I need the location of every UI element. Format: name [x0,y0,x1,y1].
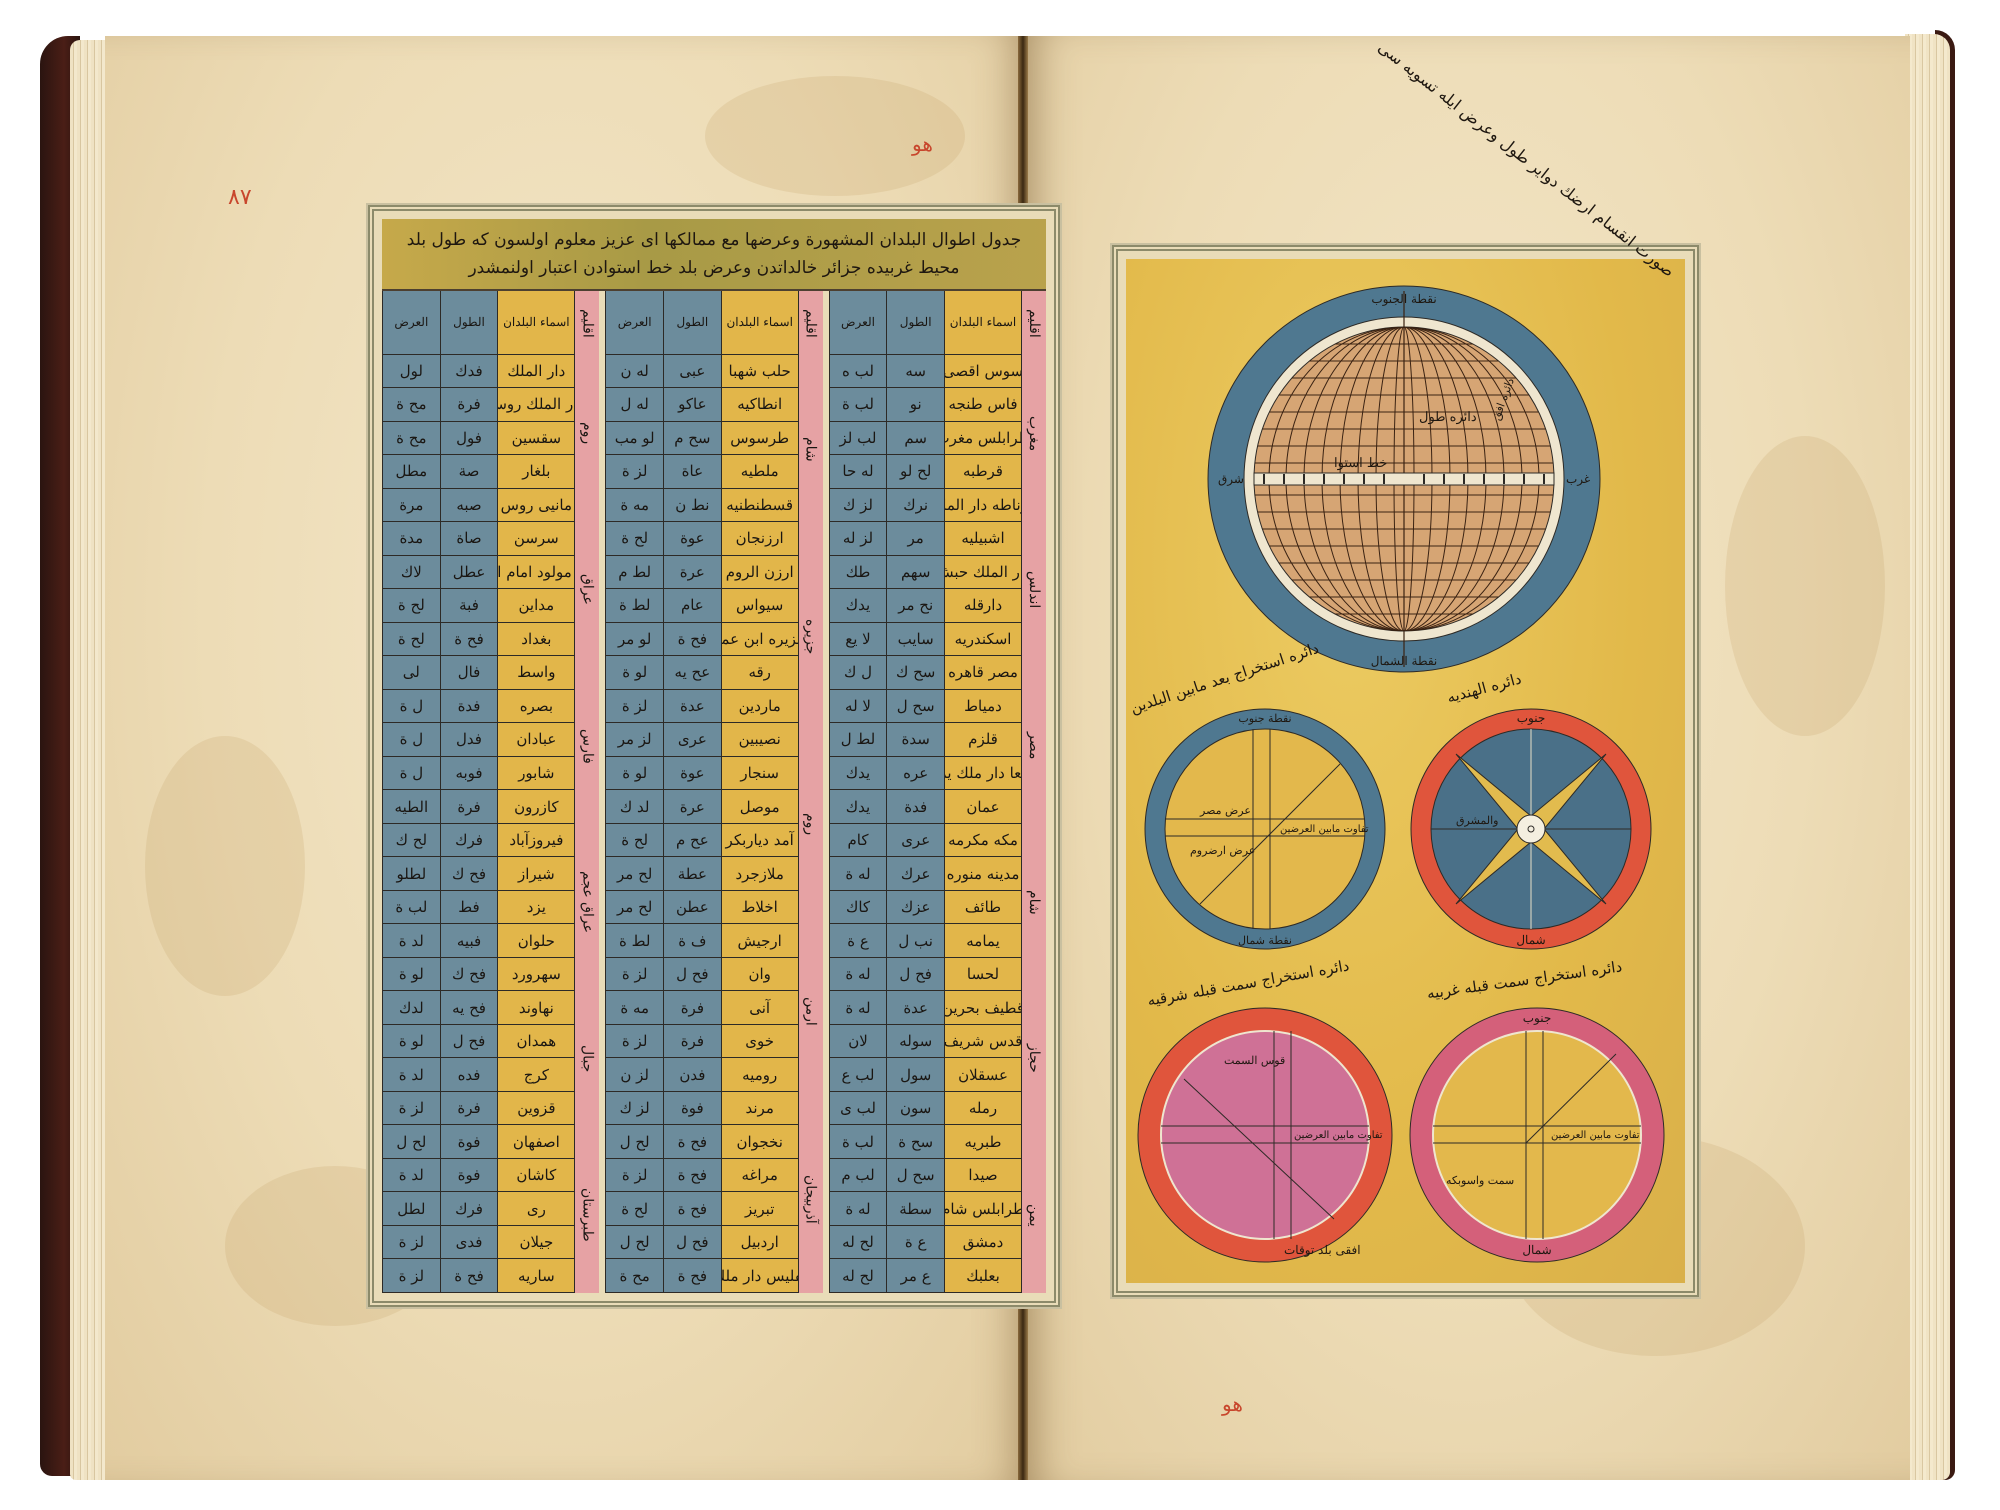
table-cell: طرسوس [722,422,798,456]
table-cell: ع مر [887,1259,944,1293]
table-cell: مرند [722,1092,798,1126]
table-cell: فح ة [441,1259,498,1293]
table-cell: ل ك [830,656,887,690]
table-cell: طائف [945,891,1021,925]
table-cell: بعلبك [945,1259,1021,1293]
table-cell: لح مر [606,891,663,925]
table-cell: شیراز [498,857,574,891]
table-cell: دمیاط [945,690,1021,724]
table-cell: ماردین [722,690,798,724]
table-cell: لح ل [606,1125,663,1159]
table-cell: لز ة [383,1092,440,1126]
table-cell: عرك [887,857,944,891]
table-cell: مه ة [606,489,663,523]
city-name-column: اسماء البلداندار الملكدار الملك روسسقسین… [497,291,574,1293]
table-cell: طرابلس مغرب [945,422,1021,456]
region-label: مغرب [1022,355,1046,511]
distance-label-south: نقطة جنوب [1238,712,1291,725]
table-cell: لط ل [830,723,887,757]
table-cell: سطة [887,1192,944,1226]
table-cell: انطاکیه [722,388,798,422]
table-cell: ع ة [887,1226,944,1260]
qibla-east-ring-label: افقی بلد توقات [1284,1243,1361,1257]
table-cell: لح له [830,1259,887,1293]
table-cell: ل ة [383,757,440,791]
table-cell: صاة [441,522,498,556]
region-column: اقلیممغرباندلسمصرشامحجازیمن [1021,291,1046,1293]
table-cell: جیلان [498,1226,574,1260]
table-cell: لح ة [606,824,663,858]
table-cell: قزوین [498,1092,574,1126]
table-cell: سرسن [498,522,574,556]
table-cell: لد ة [383,1159,440,1193]
table-cell: فرك [441,1192,498,1226]
table-cell: سوله [887,1025,944,1059]
city-name-column: اسماء البلدانسوس اقصیفاس طنجهطرابلس مغرب… [944,291,1021,1293]
table-cell: نب ل [887,924,944,958]
table-cell: لح ة [383,589,440,623]
globe-label-meridian: دائره طول [1419,410,1477,425]
table-cell: لب م [830,1159,887,1193]
qibla-east-circle-diagram: تفاوت مابین العرضین قوس السمت افقی بلد ت… [1134,1004,1396,1266]
table-cell: نهاوند [498,991,574,1025]
table-cell: فده [441,1058,498,1092]
table-cell: اردبیل [722,1226,798,1260]
table-cell: سون [887,1092,944,1126]
table-cell: نو [887,388,944,422]
table-cell: فوة [441,1125,498,1159]
table-cell: عسقلان [945,1058,1021,1092]
table-cell: عزك [887,891,944,925]
table-cell: ارزنجان [722,522,798,556]
table-cell: فح ة [664,1159,721,1193]
region-label: حجاز [1022,980,1046,1136]
table-cell: لد ة [383,924,440,958]
table-cell: لز مر [606,723,663,757]
table-cell: جزیره ابن عمر [722,623,798,657]
table-cell: اخلاط [722,891,798,925]
table-cell: لح ة [383,623,440,657]
qibla-east-inner-label: قوس السمت [1224,1054,1285,1067]
table-cell: نصیبین [722,723,798,757]
table-cell: لز ة [606,455,663,489]
table-cell: رقه [722,656,798,690]
table-cell: لز ة [606,958,663,992]
column-header: الطول [664,291,721,355]
column-header: اقلیم [575,291,599,355]
table-title-line-1: جدول اطوال البلدان المشهورة وعرضها مع مم… [407,226,1021,254]
indian-circle-diagram: جنوب شمال والمشرق [1406,704,1656,954]
table-cell: كاك [830,891,887,925]
indian-label-south: جنوب [1517,711,1546,725]
column-header: اقلیم [799,291,823,355]
table-cell: له حا [830,455,887,489]
table-cell: شابور [498,757,574,791]
table-cell: فط [441,891,498,925]
table-cell: بلغار [498,455,574,489]
table-cell: واسط [498,656,574,690]
table-cell: فرة [441,790,498,824]
table-cell: عطن [664,891,721,925]
table-cell: عری [664,723,721,757]
table-cell: فح ل [441,1025,498,1059]
table-cell: له ة [830,991,887,1025]
table-cell: ری [498,1192,574,1226]
longitude-column: الطولفدكفرةفولصةصبهصاةعطلفبةفح ةفالفدةفد… [440,291,498,1293]
table-cell: عطة [664,857,721,891]
table-cell: فرة [664,991,721,1025]
table-cell: بغداد [498,623,574,657]
table-cell: مرة [383,489,440,523]
table-cell: دار الملك [498,355,574,389]
region-label: شام [799,355,823,543]
column-header: العرض [830,291,887,355]
table-cell: فال [441,656,498,690]
table-cell: فدة [441,690,498,724]
table-cell: فح ة [441,623,498,657]
table-cell: له ة [830,857,887,891]
table-cell: سول [887,1058,944,1092]
globe-label-east: شرق [1218,472,1244,486]
table-cell: فرة [441,1092,498,1126]
table-cell: فح یه [441,991,498,1025]
table-cell: دار الملك حبش [945,556,1021,590]
table-title-line-2: محیط غربیده جزائر خالداتدن وعرض بلد خط ا… [468,254,959,282]
table-cell: یدك [830,757,887,791]
table-cell: فاس طنجه [945,388,1021,422]
table-cell: عدة [664,690,721,724]
table-cell: لب ع [830,1058,887,1092]
table-cell: طبریه [945,1125,1021,1159]
table-cell: سهرورد [498,958,574,992]
table-cell: صة [441,455,498,489]
table-cell: مح ة [383,422,440,456]
table-cell: ع ة [830,924,887,958]
table-cell: فوة [664,1092,721,1126]
table-cell: فرك [441,824,498,858]
table-cell: لد ة [383,1058,440,1092]
table-cell: سایب [887,623,944,657]
globe-label-equator: خط استوا [1334,456,1387,471]
table-cell: عام [664,589,721,623]
region-label: فارس [575,668,599,824]
table-cell: مدینه منوره [945,857,1021,891]
table-cell: تبریز [722,1192,798,1226]
table-cell: لح ة [606,1192,663,1226]
distance-inner-label: تفاوت مابین العرضین [1280,824,1369,835]
region-label: آذربیجان [799,1105,823,1293]
table-cell: لط م [606,556,663,590]
table-cell: سقسین [498,422,574,456]
table-cell: سیواس [722,589,798,623]
table-cell: کازرون [498,790,574,824]
table-cell: ارجیش [722,924,798,958]
table-cell: رمله [945,1092,1021,1126]
table-cell: خوی [722,1025,798,1059]
table-cell: سح ة [887,1125,944,1159]
page-edges-left [70,40,110,1480]
table-cell: عاکو [664,388,721,422]
table-cell: مدة [383,522,440,556]
table-cell: طرابلس شام [945,1192,1021,1226]
table-cell: سح ك [887,656,944,690]
table-cell: یدك [830,589,887,623]
table-cell: مداین [498,589,574,623]
table-cell: مح ة [606,1259,663,1293]
table-cell: فبة [441,589,498,623]
table-cell: لب ة [830,388,887,422]
table-cell: ل ة [383,690,440,724]
column-header: العرض [383,291,440,355]
longitude-column: الطولسهنوسملح لونركمرسهمنح مرسایبسح كسح … [886,291,944,1293]
table-cell: کرج [498,1058,574,1092]
table-cell: قرطبه [945,455,1021,489]
region-column: اقلیمرومعراقفارسعراق عجمجبالطبرستان [574,291,599,1293]
table-cell: لحسا [945,958,1021,992]
table-cell: عوة [664,757,721,791]
table-cell: سهم [887,556,944,590]
table-cell: فح ة [664,1125,721,1159]
latitude-column: العرضلولمح ةمح ةمطلمرةمدةلاكلح ةلح ةلیل … [382,291,440,1293]
table-cell: لا یع [830,623,887,657]
region-label: یمن [1022,1137,1046,1293]
table-cell: الطیه [383,790,440,824]
table-cell: لح ل [606,1226,663,1260]
table-cell: لز ة [383,1259,440,1293]
table-cell: فح ة [664,1192,721,1226]
table-cell: لح ل [383,1125,440,1159]
caption-qibla-west: دائره استخراج سمت قبله غربیه [1426,957,1623,1002]
table-cell: فدن [664,1058,721,1092]
folio-number: ٨٧ [228,185,252,210]
table-cell: سنجار [722,757,798,791]
table-cell: لو مب [606,422,663,456]
table-cell: عطل [441,556,498,590]
distance-label-north: نقطة شمال [1238,934,1292,947]
table-cell: فح ة [664,623,721,657]
table-cell: فرة [441,388,498,422]
latitude-column: العرضله نله للو مبلز ةمه ةلح ةلط ملط ةلو… [605,291,663,1293]
table-cell: نط ن [664,489,721,523]
table-cell: لز ك [830,489,887,523]
catchword-mark-right: هو [1222,1392,1243,1416]
qibla-west-circle-diagram: جنوب شمال تفاوت مابین العرضین سمت واسوبک… [1406,1004,1668,1266]
table-cell: عاة [664,455,721,489]
table-cell: ارزن الروم [722,556,798,590]
table-cell: لی [383,656,440,690]
table-cell: لو ة [606,656,663,690]
table-cell: رومیه [722,1058,798,1092]
table-cell: لب ی [830,1092,887,1126]
table-cell: لز ة [606,1025,663,1059]
table-cell: آنی [722,991,798,1025]
column-header: اقلیم [1022,291,1046,355]
table-cell: لطل [383,1192,440,1226]
table-cell: لح له [830,1226,887,1260]
table-cell: لط ة [606,589,663,623]
table-cell: نح مر [887,589,944,623]
table-cell: له ل [606,388,663,422]
table-cell: مصر قاهره [945,656,1021,690]
region-label: روم [575,355,599,511]
table-cell: نرك [887,489,944,523]
region-label: عراق عجم [575,824,599,980]
table-cell: اسکندریه [945,623,1021,657]
table-cell: عدة [887,991,944,1025]
table-cell: ملازجرد [722,857,798,891]
table-cell: کوفه مولود امام اعظم [498,556,574,590]
distance-inner-label: عرض ارضروم [1190,844,1255,857]
table-cell: فدی [441,1226,498,1260]
table-cell: حلب شهبا [722,355,798,389]
table-cell: فوبه [441,757,498,791]
table-cell: فدل [441,723,498,757]
table-cell: مه ة [606,991,663,1025]
table-cell: لز ن [606,1058,663,1092]
table-cell: مراغه [722,1159,798,1193]
table-cell: فول [441,422,498,456]
table-cell: اشبیلیه [945,522,1021,556]
table-cell: لح مر [606,857,663,891]
table-cell: لب ة [383,891,440,925]
table-grid: اقلیممغرباندلسمصرشامحجازیمناسماء البلدان… [382,291,1046,1293]
table-cell: لح لو [887,455,944,489]
table-cell: لول [383,355,440,389]
table-cell: عرة [664,790,721,824]
table-cell: لا له [830,690,887,724]
region-label: مصر [1022,668,1046,824]
table-cell: عره [887,757,944,791]
table-cell: صنعا دار ملك یمن [945,757,1021,791]
table-cell: لدك [383,991,440,1025]
table-cell: سح ل [887,1159,944,1193]
column-header: الطول [887,291,944,355]
table-cell: لب لز [830,422,887,456]
region-column: اقلیمشامجزیرهرومارمنآذربیجان [798,291,823,1293]
table-cell: له ة [830,1192,887,1226]
column-header: العرض [606,291,663,355]
table-cell: لب ه [830,355,887,389]
region-label: جزیره [799,543,823,731]
table-cell: لح ك [383,824,440,858]
table-column-group: اقلیممغرباندلسمصرشامحجازیمناسماء البلدان… [829,291,1046,1293]
table-cell: سح م [664,422,721,456]
table-cell: عمان [945,790,1021,824]
table-cell: فح ة [664,1259,721,1293]
table-cell: فدة [887,790,944,824]
column-header: الطول [441,291,498,355]
column-header: اسماء البلدان [945,291,1021,355]
table-cell: لح ة [606,522,663,556]
table-cell: قدس شریف [945,1025,1021,1059]
region-label: شام [1022,824,1046,980]
catchword-mark-left: هو [912,132,933,156]
table-cell: لط ة [606,924,663,958]
table-cell: آمد دیاربکر [722,824,798,858]
table-cell: عری [887,824,944,858]
table-cell: یدك [830,790,887,824]
table-cell: لاك [383,556,440,590]
globe-label-south-pole: نقطة الجنوب [1371,292,1436,306]
table-column-group: اقلیمرومعراقفارسعراق عجمجبالطبرستاناسماء… [382,291,599,1293]
column-header: اسماء البلدان [722,291,798,355]
globe-diagram: نقطة الجنوب نقطة الشمال شرق غرب خط استوا… [1204,281,1604,676]
table-cell: سوس اقصی [945,355,1021,389]
table-cell: فیروزآباد [498,824,574,858]
table-cell: سح ل [887,690,944,724]
globe-label-north-pole: نقطة الشمال [1371,654,1438,668]
table-cell: لز ة [606,1159,663,1193]
table-column-group: اقلیمشامجزیرهرومارمنآذربیجاناسماء البلدا… [605,291,822,1293]
astronomical-diagrams-panel: صورت انقسام ارضك دوایر طول وعرض ایله تسو… [1112,245,1699,1297]
table-cell: کام [830,824,887,858]
region-label: طبرستان [575,1137,599,1293]
table-cell: سه [887,355,944,389]
table-cell: لز ك [606,1092,663,1126]
table-cell: لد ك [606,790,663,824]
qibla-east-inner-label: تفاوت مابین العرضین [1294,1130,1383,1141]
table-cell: لز له [830,522,887,556]
table-cell: وان [722,958,798,992]
qibla-west-label-south: جنوب [1523,1011,1552,1025]
distance-circle-diagram: نقطة جنوب نقطة شمال عرض مصر عرض ارضروم ت… [1140,704,1390,954]
column-header: اسماء البلدان [498,291,574,355]
table-cell: لو ة [383,958,440,992]
table-cell: بصره [498,690,574,724]
table-cell: نخجوان [722,1125,798,1159]
table-cell: عبی [664,355,721,389]
table-cell: فح ك [441,958,498,992]
table-cell: عح م [664,824,721,858]
table-cell: فح ك [441,857,498,891]
table-cell: لطلو [383,857,440,891]
table-cell: صبه [441,489,498,523]
table-cell: قسطنطنیه [722,489,798,523]
table-cell: ف ة [664,924,721,958]
table-cell: مر [887,522,944,556]
table-cell: غرناطه دار الملك [945,489,1021,523]
table-cell: له ة [830,958,887,992]
qibla-west-inner-label: سمت واسوبکه [1446,1174,1514,1187]
table-cell: تفلیس دار ملك [722,1259,798,1293]
table-cell: فح ل [887,958,944,992]
table-cell: اصفهان [498,1125,574,1159]
table-cell: دمشق [945,1226,1021,1260]
table-cell: فبیه [441,924,498,958]
table-cell: کاشان [498,1159,574,1193]
table-cell: ل ة [383,723,440,757]
longitude-column: الطولعبیعاکوسح معاةنط نعوةعرةعامفح ةعح ی… [663,291,721,1293]
table-cell: دارقله [945,589,1021,623]
table-cell: حلوان [498,924,574,958]
table-cell: سم [887,422,944,456]
table-cell: سدة [887,723,944,757]
globe-label-west: غرب [1566,472,1590,486]
table-cell: قلزم [945,723,1021,757]
table-cell: لان [830,1025,887,1059]
region-label: ارمن [799,918,823,1106]
table-cell: ساریه [498,1259,574,1293]
indian-label-north: شمال [1516,933,1545,947]
table-cell: همدان [498,1025,574,1059]
table-cell: قطیف بحرین [945,991,1021,1025]
table-cell: لو مر [606,623,663,657]
table-cell: مح ة [383,388,440,422]
region-label: اندلس [1022,512,1046,668]
table-cell: لز ة [383,1226,440,1260]
page-edges-right [1905,34,1950,1480]
table-cell: عح یه [664,656,721,690]
